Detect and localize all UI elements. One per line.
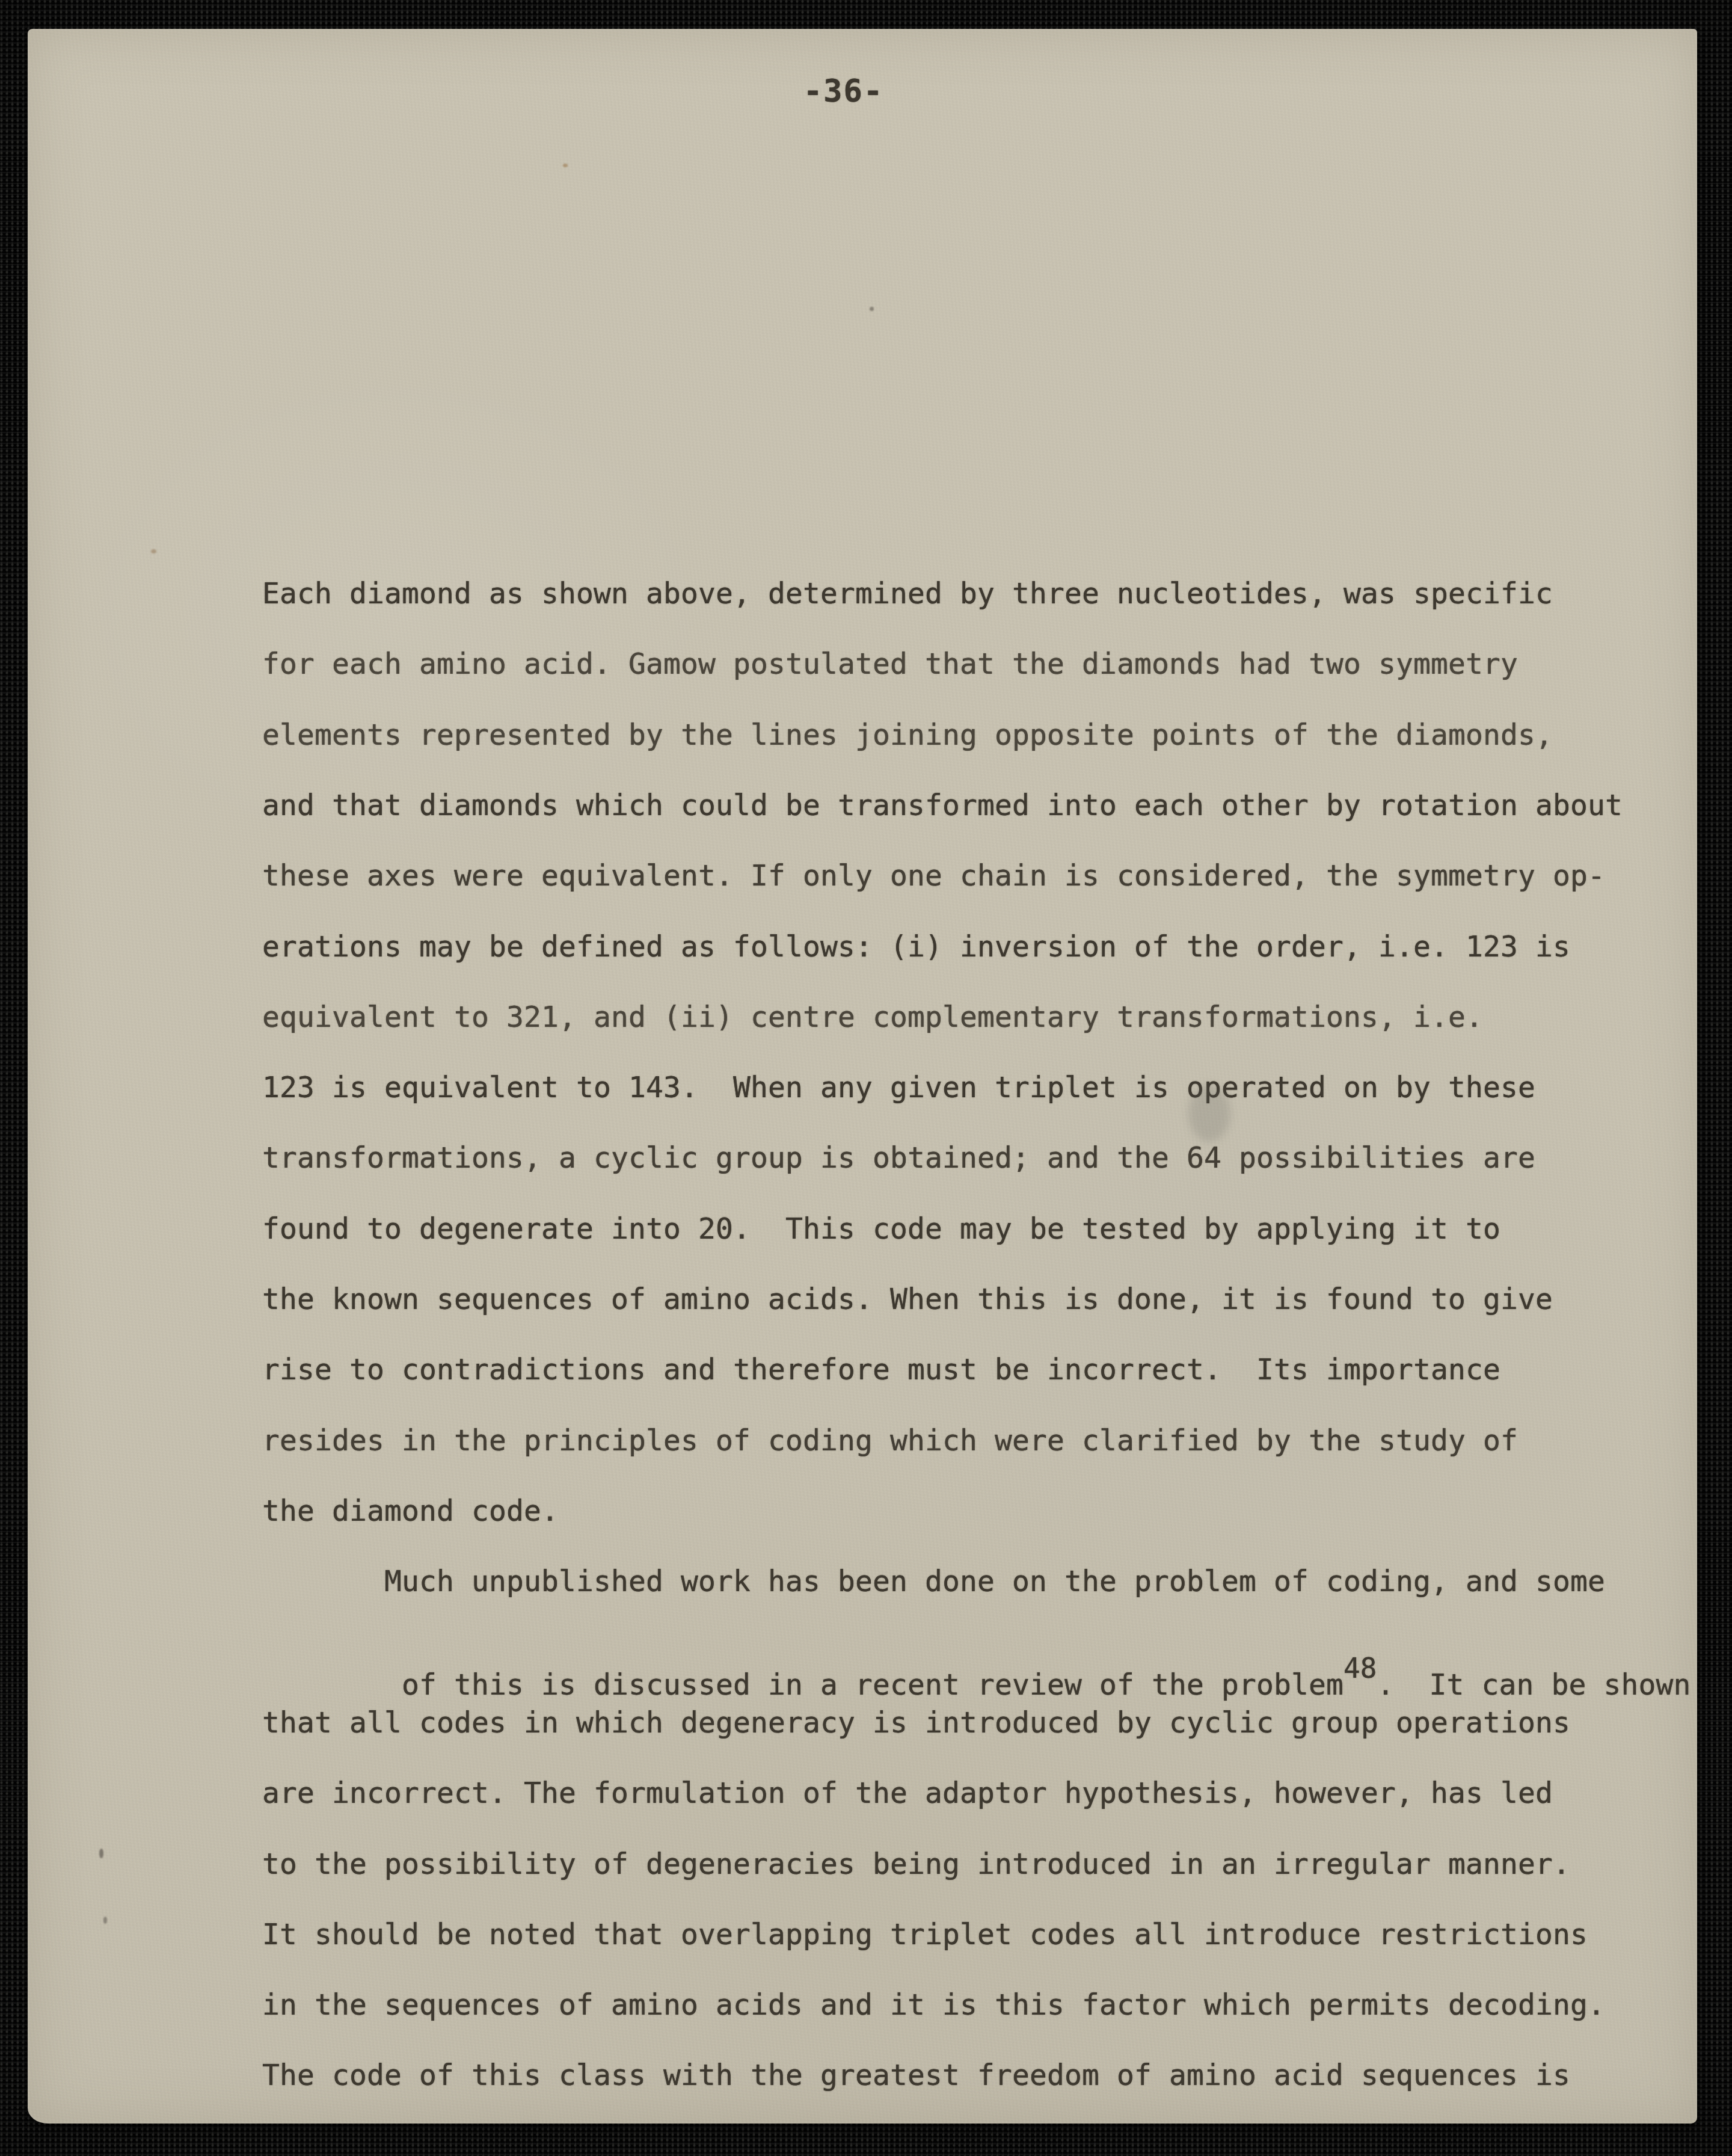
ink-speck	[99, 1849, 103, 1858]
footnote-reference: 48	[1344, 1652, 1377, 1684]
ink-speck	[103, 1917, 107, 1924]
text-line: 123 is equivalent to 143. When any given…	[262, 1071, 1535, 1104]
text-line: rise to contradictions and therefore mus…	[262, 1354, 1500, 1386]
text-line: in the sequences of amino acids and it i…	[262, 1989, 1605, 2021]
text-line: and that diamonds which could be transfo…	[262, 789, 1623, 822]
paper-smudge	[1188, 1085, 1230, 1142]
text-line: It should be noted that overlapping trip…	[262, 1918, 1588, 1951]
text-line: The code of this class with the greatest…	[262, 2059, 1570, 2092]
typewritten-text: Each diamond as shown above, determined …	[262, 577, 1663, 2117]
text-line: the known sequences of amino acids. When…	[262, 1283, 1553, 1316]
paper-fleck	[151, 549, 156, 553]
text-line: the diamond code.	[262, 1495, 559, 1527]
text-line: these axes were equivalent. If only one …	[262, 860, 1605, 892]
text-line: that all codes in which degeneracy is in…	[262, 1707, 1570, 1739]
ink-speck	[870, 307, 874, 311]
text-line: found to degenerate into 20. This code m…	[262, 1213, 1500, 1245]
text-line: resides in the principles of coding whic…	[262, 1424, 1518, 1457]
text-line: transformations, a cyclic group is obtai…	[262, 1142, 1535, 1174]
text-line: elements represented by the lines joinin…	[262, 719, 1553, 751]
text-line: are incorrect. The formulation of the ad…	[262, 1777, 1553, 1809]
document-page: -36- Each diamond as shown above, determ…	[28, 29, 1697, 2124]
text-line: Each diamond as shown above, determined …	[262, 577, 1553, 610]
page-number: -36-	[803, 73, 883, 109]
text-segment: . It can be shown	[1377, 1668, 1691, 1702]
scan-background: -36- Each diamond as shown above, determ…	[0, 0, 1732, 2156]
text-segment: of this is discussed in a recent review …	[402, 1668, 1344, 1702]
paper-fleck	[563, 164, 568, 167]
text-line: to the possibility of degeneracies being…	[262, 1848, 1570, 1880]
text-line: erations may be defined as follows: (i) …	[262, 931, 1570, 963]
text-line: for each amino acid. Gamow postulated th…	[262, 648, 1518, 680]
text-line: Much unpublished work has been done on t…	[262, 1565, 1605, 1598]
text-line: equivalent to 321, and (ii) centre compl…	[262, 1001, 1483, 1033]
